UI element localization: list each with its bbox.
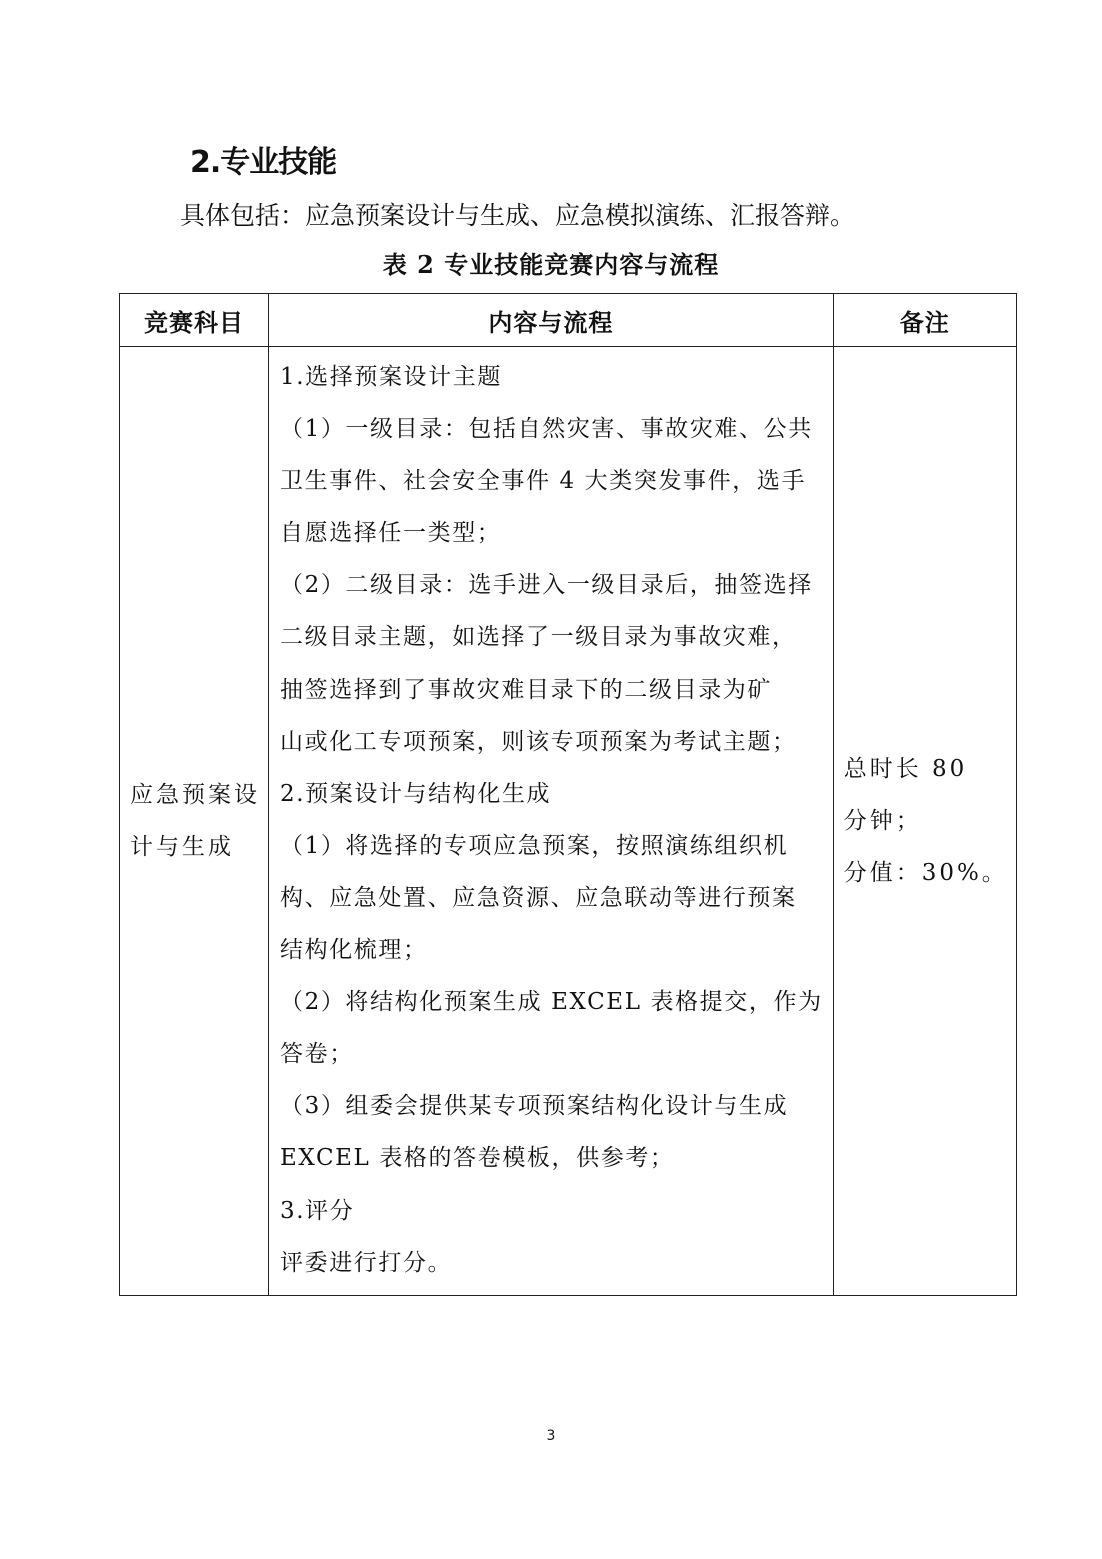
section-title: 2.专业技能 — [190, 140, 336, 186]
content-line: 结构化梳理； — [280, 924, 823, 976]
content-line: 评委进行打分。 — [280, 1237, 823, 1289]
table-caption: 表 2 专业技能竞赛内容与流程 — [0, 246, 1102, 284]
content-line: 2.预案设计与结构化生成 — [280, 768, 823, 820]
content-line: 二级目录主题，如选择了一级目录为事故灾难， — [280, 611, 823, 663]
content-line: EXCEL 表格的答卷模板，供参考； — [280, 1132, 823, 1184]
subject-cell: 应急预案设 计与生成 — [120, 347, 269, 1296]
content-line: （1）将选择的专项应急预案，按照演练组织机 — [280, 820, 823, 872]
table-row: 应急预案设 计与生成 1.选择预案设计主题 （1）一级目录：包括自然灾害、事故灾… — [120, 347, 1017, 1296]
remarks-line: 分钟； — [844, 795, 1008, 847]
page-number: 3 — [0, 1428, 1102, 1444]
content-cell: 1.选择预案设计主题 （1）一级目录：包括自然灾害、事故灾难、公共 卫生事件、社… — [269, 347, 834, 1296]
remarks-cell: 总时长 80 分钟； 分值：30%。 — [833, 347, 1016, 1296]
content-line: 构、应急处置、应急资源、应急联动等进行预案 — [280, 872, 823, 924]
remarks-line: 分值：30%。 — [844, 847, 1008, 899]
content-line: （1）一级目录：包括自然灾害、事故灾难、公共 — [280, 403, 823, 455]
remarks-line: 总时长 80 — [844, 743, 1008, 795]
content-line: 山或化工专项预案，则该专项预案为考试主题； — [280, 716, 823, 768]
content-line: 答卷； — [280, 1028, 823, 1080]
document-page: 2.专业技能 具体包括：应急预案设计与生成、应急模拟演练、汇报答辩。 表 2 专… — [0, 0, 1102, 1559]
competition-table: 竞赛科目 内容与流程 备注 应急预案设 计与生成 1.选择预案设计主题 （1）一… — [119, 293, 1017, 1296]
section-intro: 具体包括：应急预案设计与生成、应急模拟演练、汇报答辩。 — [180, 196, 855, 236]
subject-line: 应急预案设 — [130, 769, 260, 821]
subject-line: 计与生成 — [130, 821, 260, 873]
content-line: 卫生事件、社会安全事件 4 大类突发事件，选手 — [280, 455, 823, 507]
header-subject: 竞赛科目 — [120, 294, 269, 347]
content-line: 抽签选择到了事故灾难目录下的二级目录为矿 — [280, 664, 823, 716]
content-line: 1.选择预案设计主题 — [280, 351, 823, 403]
content-line: 3.评分 — [280, 1185, 823, 1237]
table-header-row: 竞赛科目 内容与流程 备注 — [120, 294, 1017, 347]
header-content: 内容与流程 — [269, 294, 834, 347]
content-line: （3）组委会提供某专项预案结构化设计与生成 — [280, 1080, 823, 1132]
content-line: （2）二级目录：选手进入一级目录后，抽签选择 — [280, 559, 823, 611]
content-line: 自愿选择任一类型； — [280, 507, 823, 559]
header-remarks: 备注 — [833, 294, 1016, 347]
content-line: （2）将结构化预案生成 EXCEL 表格提交，作为 — [280, 976, 823, 1028]
